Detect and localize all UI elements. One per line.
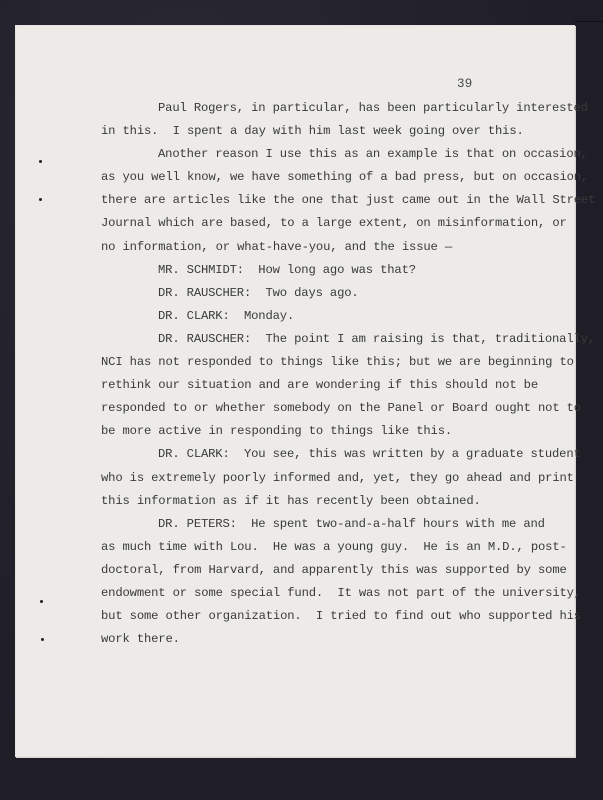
binding-hole-mark xyxy=(39,160,42,163)
binding-hole-mark xyxy=(41,638,44,641)
document-page: 39 Paul Rogers, in particular, has been … xyxy=(15,25,575,757)
speaker-line: DR. CLARK: You see, this was written by … xyxy=(101,443,561,466)
text-line: as much time with Lou. He was a young gu… xyxy=(101,536,561,559)
text-line: there are articles like the one that jus… xyxy=(101,189,561,212)
board-edge-line xyxy=(575,21,603,22)
speaker-line: DR. PETERS: He spent two-and-a-half hour… xyxy=(101,513,561,536)
text-line: NCI has not responded to things like thi… xyxy=(101,351,561,374)
text-line: be more active in responding to things l… xyxy=(101,420,561,443)
text-line: this information as if it has recently b… xyxy=(101,490,561,513)
text-line: no information, or what-have-you, and th… xyxy=(101,236,561,259)
speaker-line: DR. CLARK: Monday. xyxy=(101,305,561,328)
page-number: 39 xyxy=(457,77,472,91)
text-line: in this. I spent a day with him last wee… xyxy=(101,120,561,143)
binding-hole-mark xyxy=(39,198,42,201)
speaker-line: DR. RAUSCHER: Two days ago. xyxy=(101,282,561,305)
speaker-line: DR. RAUSCHER: The point I am raising is … xyxy=(101,328,561,351)
text-line: as you well know, we have something of a… xyxy=(101,166,561,189)
text-line: but some other organization. I tried to … xyxy=(101,605,561,628)
text-line: doctoral, from Harvard, and apparently t… xyxy=(101,559,561,582)
text-line: work there. xyxy=(101,628,561,651)
text-line: Another reason I use this as an example … xyxy=(101,143,561,166)
text-line: rethink our situation and are wondering … xyxy=(101,374,561,397)
text-line: who is extremely poorly informed and, ye… xyxy=(101,467,561,490)
text-line: responded to or whether somebody on the … xyxy=(101,397,561,420)
binding-hole-mark xyxy=(40,600,43,603)
text-line: Paul Rogers, in particular, has been par… xyxy=(101,97,561,120)
text-line: endowment or some special fund. It was n… xyxy=(101,582,561,605)
transcript-body: Paul Rogers, in particular, has been par… xyxy=(101,97,561,651)
text-line: Journal which are based, to a large exte… xyxy=(101,212,561,235)
speaker-line: MR. SCHMIDT: How long ago was that? xyxy=(101,259,561,282)
